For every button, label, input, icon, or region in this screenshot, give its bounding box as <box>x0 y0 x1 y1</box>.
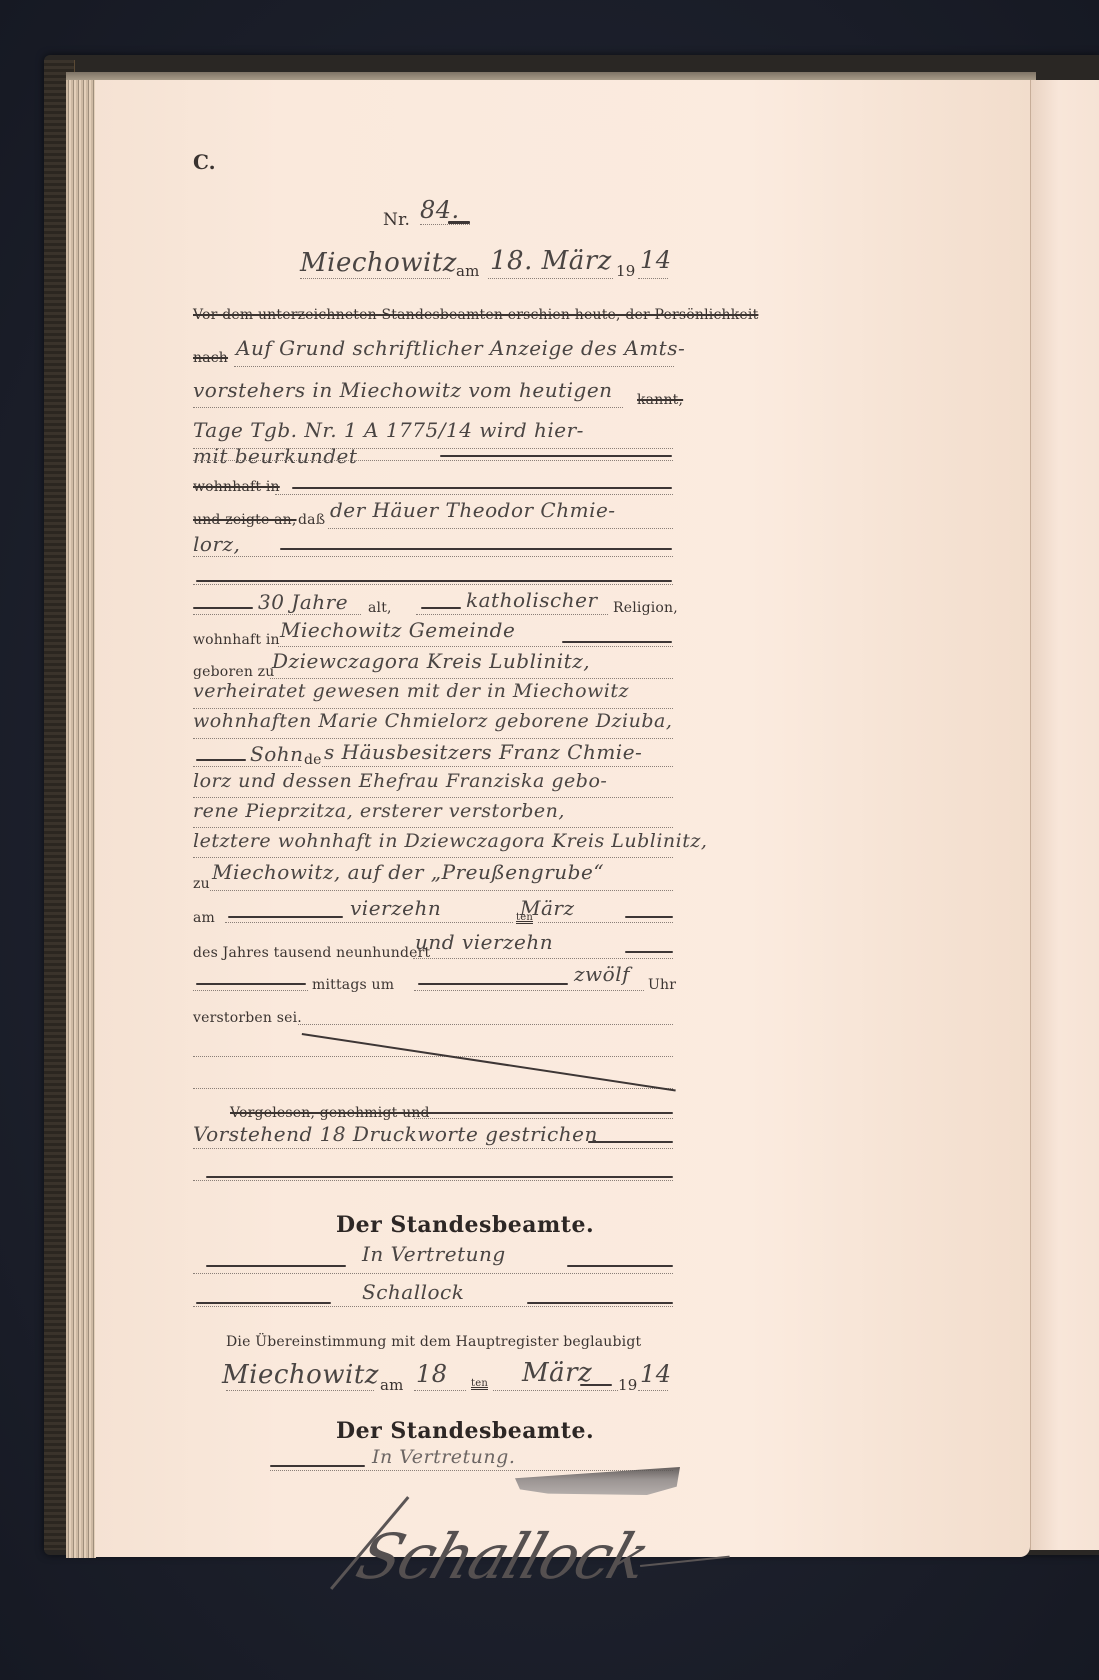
fill-rule <box>270 1465 365 1467</box>
record-number: 84. <box>420 196 460 224</box>
deceased-residence: Miechowitz Gemeinde <box>280 618 515 642</box>
informant-line-3: Tage Tgb. Nr. 1 A 1775/14 wird hier- <box>193 418 584 442</box>
fill-rule <box>206 1176 673 1178</box>
entry-date: 18. März <box>490 246 612 276</box>
entry-place: Miechowitz <box>300 248 457 278</box>
dotted-line <box>493 1390 618 1391</box>
dotted-line <box>193 857 673 858</box>
dotted-line <box>193 1273 673 1274</box>
am-label: am <box>456 262 480 280</box>
death-day: vierzehn <box>350 896 441 920</box>
marital-line-2: wohnhaften Marie Chmielorz geborene Dziu… <box>193 710 672 732</box>
strike-through-line <box>302 1033 676 1092</box>
struck-preamble: Vor dem unterzeichneten Standesbeamten e… <box>193 307 758 323</box>
official-name: Schallock <box>362 1280 464 1304</box>
fill-rule <box>421 607 461 609</box>
fill-rule <box>196 759 246 761</box>
born-label: geboren zu <box>193 664 274 680</box>
official-heading: Der Standesbeamte. <box>336 1212 594 1238</box>
dotted-line <box>414 1118 673 1119</box>
fill-rule <box>567 1265 673 1267</box>
fill-rule <box>588 1141 673 1143</box>
struck-vorgelesen: Vorgelesen, genehmigt und <box>230 1105 430 1121</box>
fill-rule <box>448 221 470 224</box>
son-of: Sohn <box>250 742 304 766</box>
cert-official-heading: Der Standesbeamte. <box>336 1418 594 1444</box>
verstorben-label: verstorben sei. <box>193 1010 302 1026</box>
am-label: am <box>193 910 215 926</box>
dotted-line <box>413 958 673 959</box>
fill-rule <box>625 951 673 953</box>
fill-rule <box>196 580 672 582</box>
certification-statement: Die Übereinstimmung mit dem Hauptregiste… <box>226 1334 641 1350</box>
fill-rule <box>625 916 673 918</box>
deletion-remark: Vorstehend 18 Druckworte gestrichen <box>193 1122 598 1146</box>
death-place: Miechowitz, auf der „Preußengrube“ <box>212 860 604 884</box>
informant-line-4: mit beurkundet <box>193 444 357 468</box>
dotted-line <box>538 922 673 923</box>
residence-label: wohnhaft in <box>193 632 280 648</box>
deceased-line-1: der Häuer Theodor Chmie- <box>330 498 616 522</box>
fill-rule <box>280 548 672 550</box>
section-letter: C. <box>193 150 216 174</box>
fill-rule <box>206 1265 346 1267</box>
year-prefix: 19 <box>616 262 636 280</box>
ink-blot <box>515 1467 680 1495</box>
fill-rule <box>196 983 306 985</box>
dotted-line <box>193 460 673 461</box>
dotted-line <box>193 797 673 798</box>
struck-zeigte-an: und zeigte an, <box>193 512 297 528</box>
dotted-line <box>225 922 513 923</box>
dotted-line <box>193 990 308 991</box>
dotted-line <box>210 890 673 891</box>
parents-line-1: s Häusbesitzers Franz Chmie- <box>324 740 642 764</box>
dotted-line <box>193 827 673 828</box>
uhr-label: Uhr <box>648 977 676 993</box>
marital-line-1: verheiratet gewesen mit der in Miechowit… <box>193 680 629 702</box>
death-hour: zwölf <box>574 962 630 986</box>
dotted-line <box>193 584 673 585</box>
fill-rule <box>292 487 672 489</box>
deceased-age: 30 Jahre <box>258 590 348 614</box>
fill-rule <box>193 607 253 609</box>
certification-day: 18 <box>416 1360 448 1388</box>
dotted-line <box>193 556 673 557</box>
dotted-line <box>193 1180 673 1181</box>
official-in-vertretung: In Vertretung <box>362 1242 506 1266</box>
cert-ten-label: ten <box>471 1378 488 1389</box>
register-entry: C. Nr. 84. Miechowitz am 18. März 19 14 … <box>0 0 1099 1680</box>
zu-label: zu <box>193 876 210 892</box>
son-of-label: de <box>304 752 322 768</box>
mittags-label: mittags um <box>312 977 394 993</box>
year-suffix: 14 <box>640 246 672 274</box>
fill-rule <box>527 1302 673 1304</box>
dotted-line <box>193 614 361 615</box>
fill-rule <box>228 916 343 918</box>
dotted-line <box>226 1390 374 1391</box>
dotted-line <box>270 678 673 679</box>
dotted-line <box>300 278 450 279</box>
dotted-line <box>420 224 470 225</box>
year-label: des Jahres tausend neunhundert <box>193 945 430 961</box>
dotted-line <box>322 766 673 767</box>
dotted-line <box>193 1056 673 1057</box>
fill-rule <box>580 1384 612 1386</box>
deceased-religion: katholischer <box>466 588 598 612</box>
fill-rule <box>562 641 672 643</box>
cert-year-suffix: 14 <box>640 1360 672 1388</box>
certification-signature: Schallock <box>348 1520 657 1593</box>
dotted-line <box>234 366 674 367</box>
record-number-label: Nr. <box>383 210 410 230</box>
death-month: März <box>520 896 575 920</box>
dotted-line <box>193 1148 673 1149</box>
certification-place: Miechowitz <box>222 1360 379 1390</box>
dass-label: daß <box>298 512 325 528</box>
dotted-line <box>416 614 608 615</box>
deceased-birthplace: Dziewczagora Kreis Lublinitz, <box>272 649 590 673</box>
fill-rule <box>428 1112 673 1114</box>
dotted-line <box>193 708 673 709</box>
dotted-line <box>193 738 673 739</box>
signature-stroke <box>640 1556 730 1567</box>
religion-label: Religion, <box>613 600 678 616</box>
dotted-line <box>298 1024 673 1025</box>
dotted-line <box>638 1390 668 1391</box>
fill-rule <box>440 455 672 457</box>
dotted-line <box>414 990 644 991</box>
dotted-line <box>193 766 301 767</box>
parents-line-3: rene Pieprzitza, ersterer verstorben, <box>193 800 565 822</box>
dotted-line <box>270 1470 673 1471</box>
struck-kannt: kannt, <box>637 392 683 408</box>
alt-label: alt, <box>368 600 392 616</box>
struck-wohnhaft: wohnhaft in <box>193 479 280 495</box>
dotted-line <box>193 407 623 408</box>
fill-rule <box>196 1302 331 1304</box>
dotted-line <box>278 646 673 647</box>
dotted-line <box>328 528 673 529</box>
cert-am-label: am <box>380 1376 404 1394</box>
death-year-words: und vierzehn <box>415 930 553 954</box>
dotted-line <box>193 1088 673 1089</box>
dotted-line <box>488 278 613 279</box>
dotted-line <box>193 1306 673 1307</box>
dotted-line <box>414 1390 466 1391</box>
informant-line-2: vorstehers in Miechowitz vom heutigen <box>193 378 613 402</box>
dotted-line <box>638 278 668 279</box>
informant-line-1: Auf Grund schriftlicher Anzeige des Amts… <box>236 336 685 360</box>
parents-line-4: letztere wohnhaft in Dziewczagora Kreis … <box>193 830 707 852</box>
cert-year-prefix: 19 <box>618 1376 638 1394</box>
parents-line-2: lorz und dessen Ehefrau Franziska gebo- <box>193 770 607 792</box>
deceased-line-2: lorz, <box>193 532 240 556</box>
struck-nach: nach <box>193 350 228 366</box>
dotted-line <box>275 494 673 495</box>
fill-rule <box>418 983 568 985</box>
cert-in-vertretung: In Vertretung. <box>372 1446 515 1468</box>
